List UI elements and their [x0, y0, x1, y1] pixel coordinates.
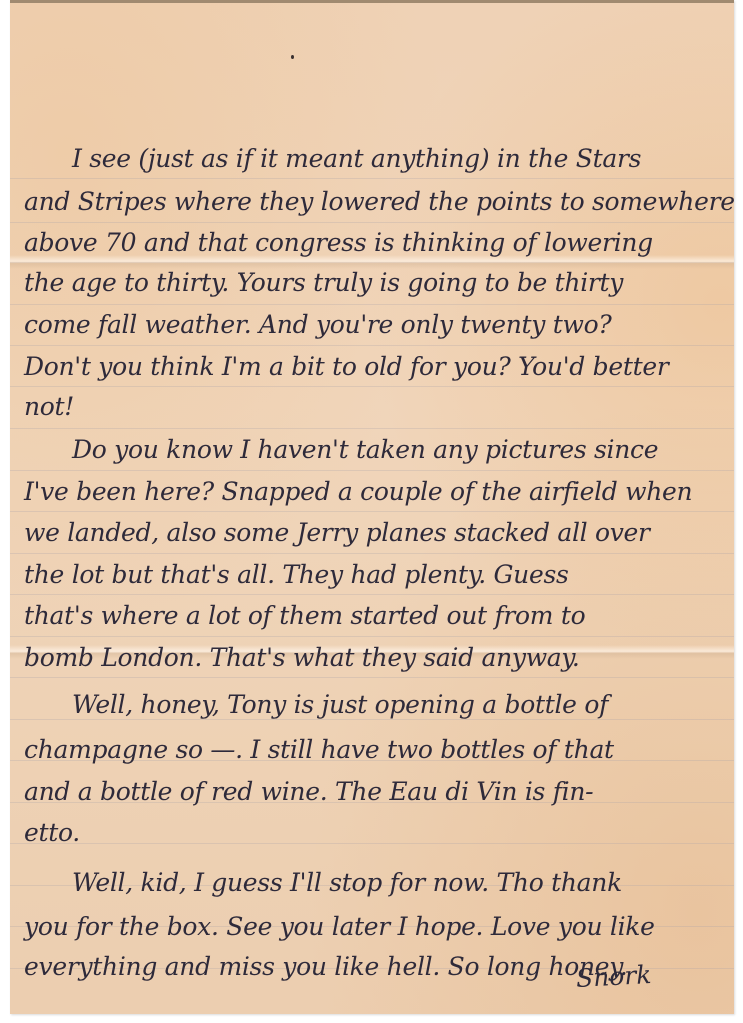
letter-line: etto.	[24, 820, 80, 845]
ink-speck	[291, 55, 294, 59]
ruled-line	[10, 178, 734, 179]
letter-line: Well, kid, I guess I'll stop for now. Th…	[72, 870, 622, 895]
ruled-line	[10, 636, 734, 637]
letter-line: everything and miss you like hell. So lo…	[24, 954, 627, 979]
ruled-line	[10, 345, 734, 346]
letter-line: above 70 and that congress is thinking o…	[24, 230, 653, 255]
ruled-line	[10, 304, 734, 305]
ruled-line	[10, 222, 734, 223]
ruled-line	[10, 677, 734, 678]
ruled-line	[10, 843, 734, 844]
ruled-line	[10, 386, 734, 387]
letter-line: champagne so —. I still have two bottles…	[24, 737, 614, 762]
letter-line: come fall weather. And you're only twent…	[24, 312, 611, 337]
letter-line: Don't you think I'm a bit to old for you…	[24, 354, 668, 379]
letter-line: I've been here? Snapped a couple of the …	[24, 479, 692, 504]
letter-page: I see (just as if it meant anything) in …	[10, 0, 734, 1014]
ruled-line	[10, 719, 734, 720]
signature: Snork	[575, 960, 652, 993]
letter-line: and Stripes where they lowered the point…	[24, 189, 735, 214]
letter-line: you for the box. See you later I hope. L…	[24, 914, 655, 939]
letter-line: the lot but that's all. They had plenty.…	[24, 562, 569, 587]
ruled-line	[10, 553, 734, 554]
letter-line: the age to thirty. Yours truly is going …	[24, 270, 623, 295]
letter-line: not!	[24, 394, 74, 419]
ruled-line	[10, 511, 734, 512]
fold-crease	[10, 255, 734, 269]
letter-line: Do you know I haven't taken any pictures…	[72, 437, 658, 462]
letter-line: I see (just as if it meant anything) in …	[72, 146, 641, 171]
ruled-line	[10, 594, 734, 595]
letter-line: that's where a lot of them started out f…	[24, 603, 585, 628]
paper-top-edge	[10, 0, 734, 3]
ruled-line	[10, 428, 734, 429]
letter-line: we landed, also some Jerry planes stacke…	[24, 520, 650, 545]
letter-line: Well, honey, Tony is just opening a bott…	[72, 692, 608, 717]
letter-line: and a bottle of red wine. The Eau di Vin…	[24, 779, 593, 804]
ruled-line	[10, 470, 734, 471]
letter-line: bomb London. That's what they said anywa…	[24, 645, 580, 670]
